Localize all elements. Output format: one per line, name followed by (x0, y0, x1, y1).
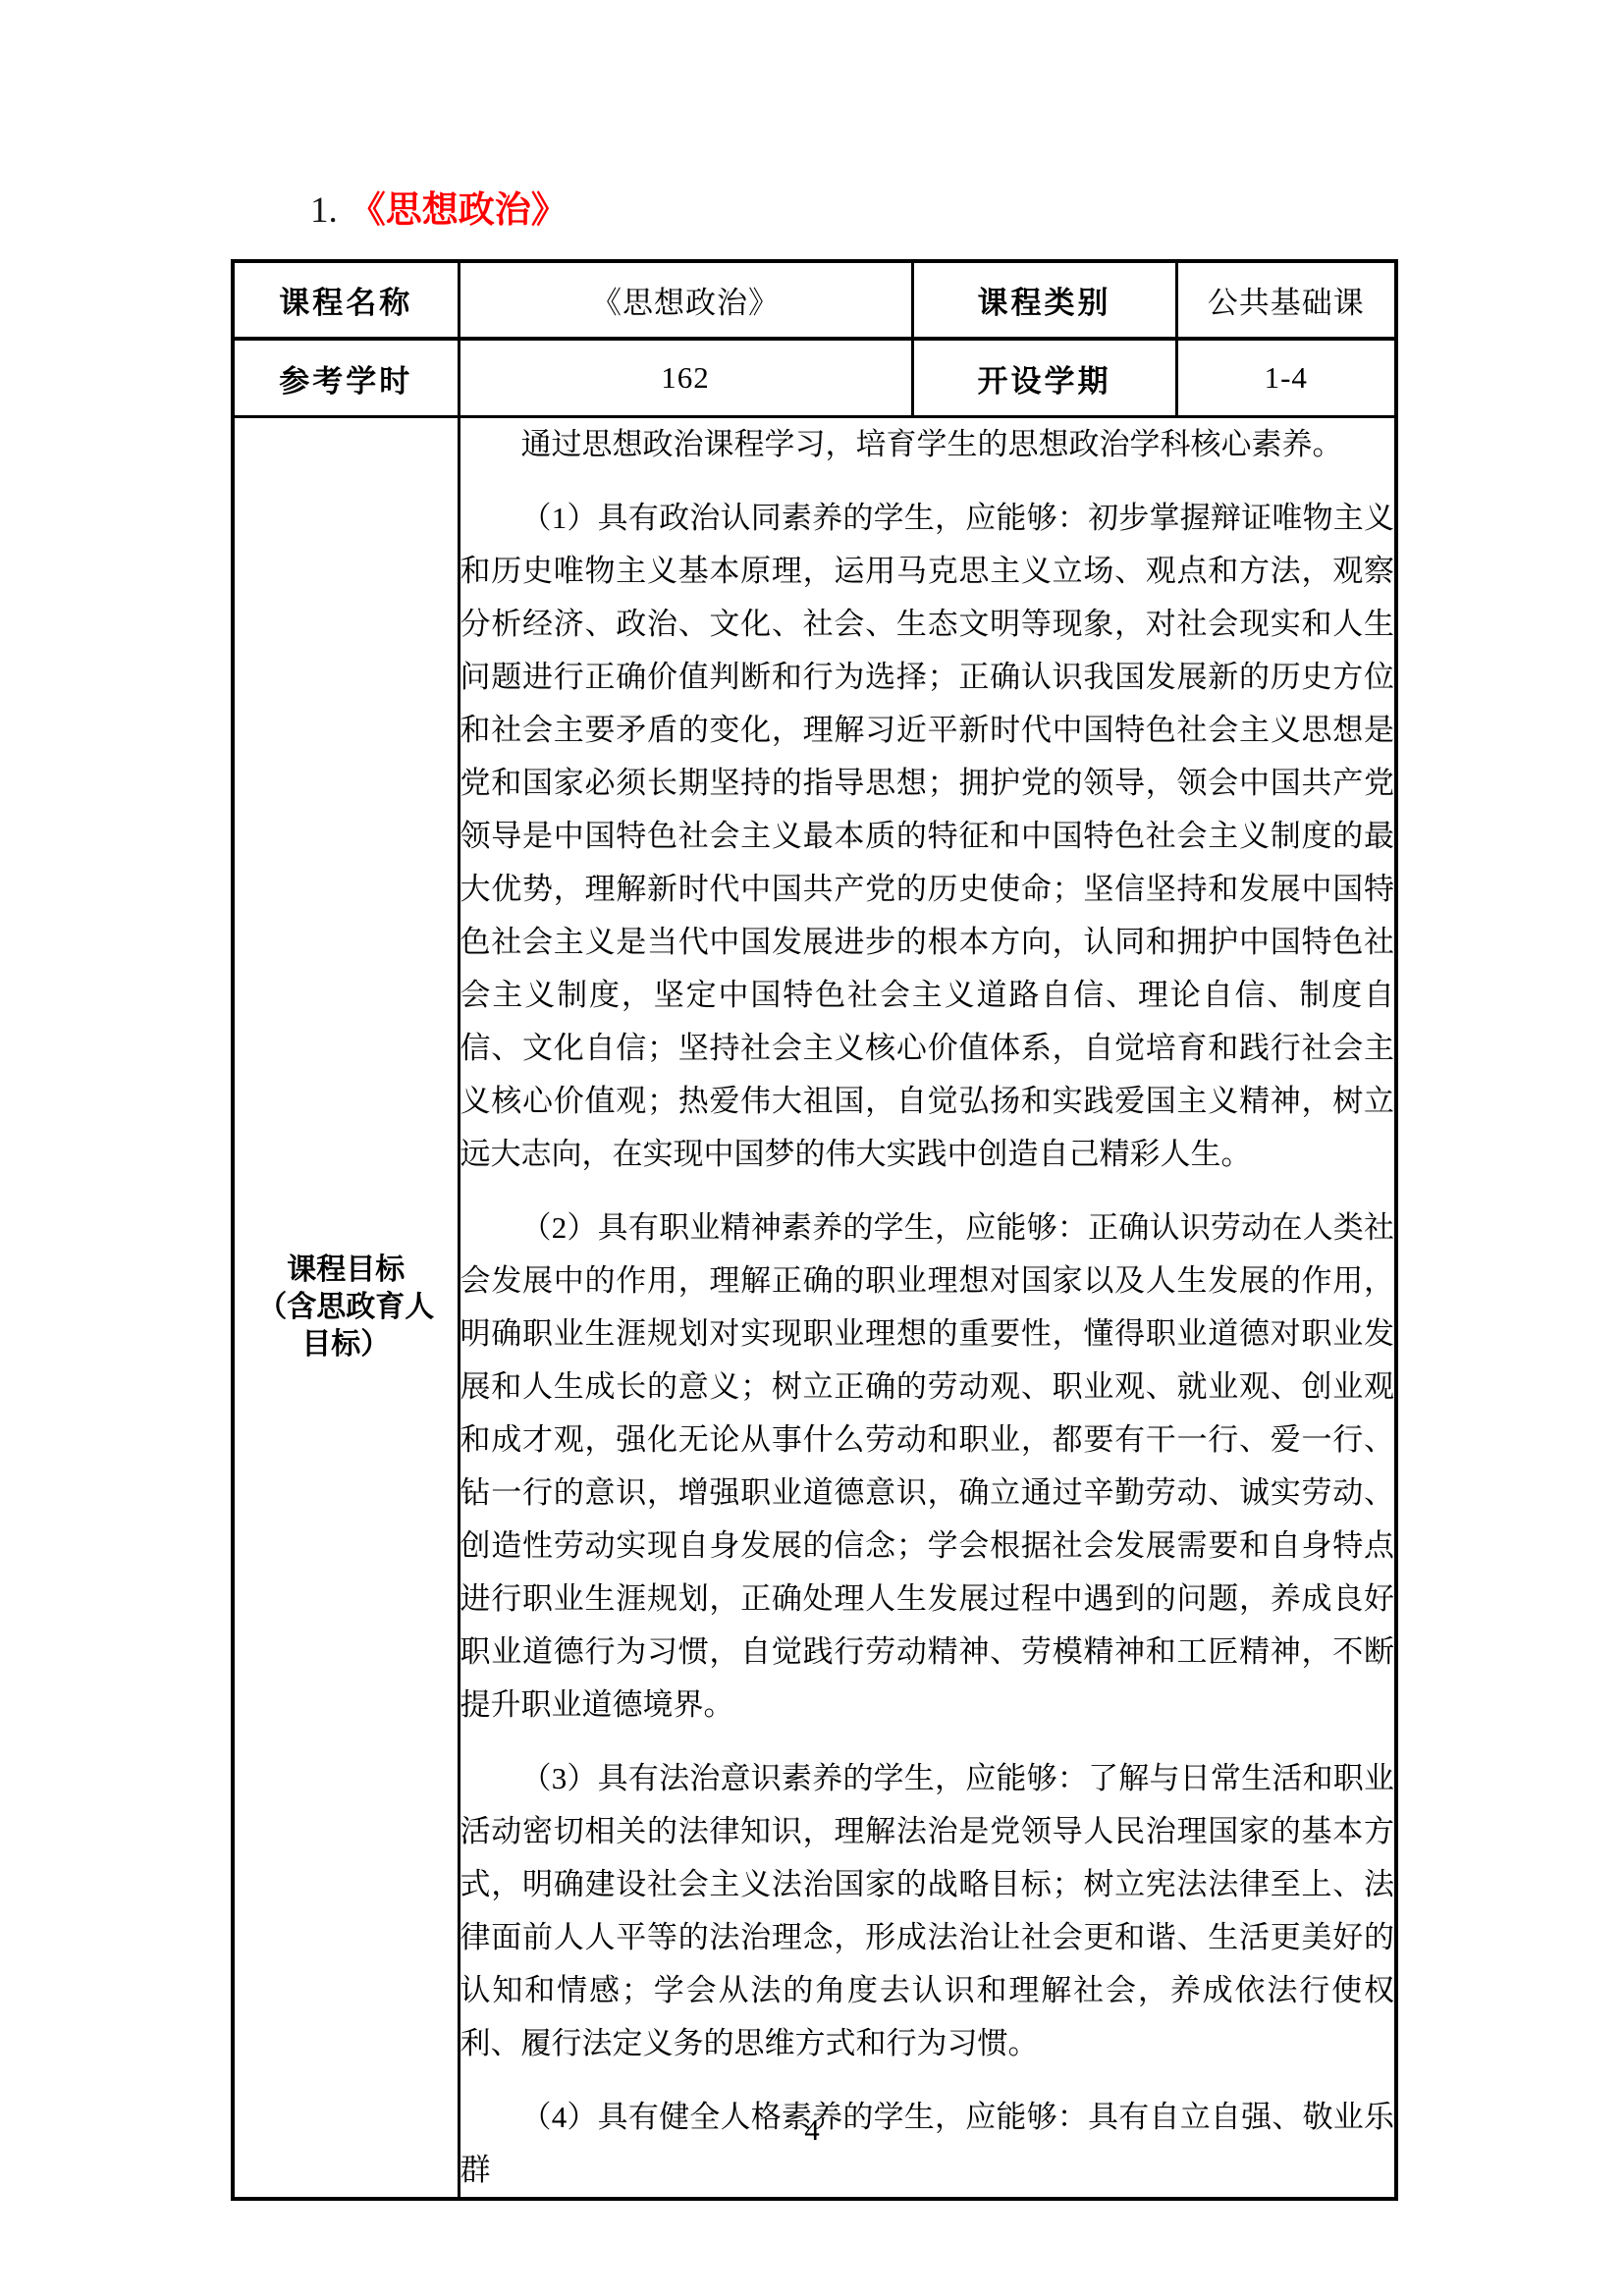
course-name-value: 《思想政治》 (459, 261, 912, 339)
objectives-label-line: 课程目标 (235, 1252, 458, 1289)
objective-paragraph-3: （3）具有法治意识素养的学生，应能够：了解与日常生活和职业活动密切相关的法律知识… (460, 1752, 1395, 2070)
objective-paragraph-intro: 通过思想政治课程学习，培育学生的思想政治学科核心素养。 (460, 418, 1395, 471)
objectives-label: 课程目标 （含思政育人 目标） (233, 417, 459, 2200)
section-number: 1. (310, 190, 338, 231)
table-row-hours-semester: 参考学时 162 开设学期 1-4 (233, 339, 1396, 417)
table-row-objectives: 课程目标 （含思政育人 目标） 通过思想政治课程学习，培育学生的思想政治学科核心… (233, 417, 1396, 2200)
reference-hours-value: 162 (459, 339, 912, 417)
objectives-label-line: 目标） (235, 1326, 458, 1363)
document-page: 1.《思想政治》 课程名称 《思想政治》 课程类别 公共基础课 参考学时 162… (0, 0, 1624, 2296)
objectives-label-line: （含思政育人 (235, 1289, 458, 1326)
course-type-value: 公共基础课 (1176, 261, 1396, 339)
section-course-name: 《思想政治》 (350, 190, 568, 231)
reference-hours-label: 参考学时 (233, 339, 459, 417)
objectives-content: 通过思想政治课程学习，培育学生的思想政治学科核心素养。 （1）具有政治认同素养的… (459, 417, 1396, 2200)
table-row-course-name: 课程名称 《思想政治》 课程类别 公共基础课 (233, 261, 1396, 339)
course-name-label: 课程名称 (233, 261, 459, 339)
course-type-label: 课程类别 (912, 261, 1176, 339)
objective-paragraph-2: （2）具有职业精神素养的学生，应能够：正确认识劳动在人类社会发展中的作用，理解正… (460, 1201, 1395, 1732)
semester-value: 1-4 (1176, 339, 1396, 417)
objective-paragraph-1: （1）具有政治认同素养的学生，应能够：初步掌握辩证唯物主义和历史唯物主义基本原理… (460, 492, 1395, 1181)
section-title: 1.《思想政治》 (310, 188, 568, 234)
course-info-table: 课程名称 《思想政治》 课程类别 公共基础课 参考学时 162 开设学期 1-4… (231, 259, 1398, 2201)
semester-label: 开设学期 (912, 339, 1176, 417)
page-number: 4 (0, 2112, 1624, 2148)
